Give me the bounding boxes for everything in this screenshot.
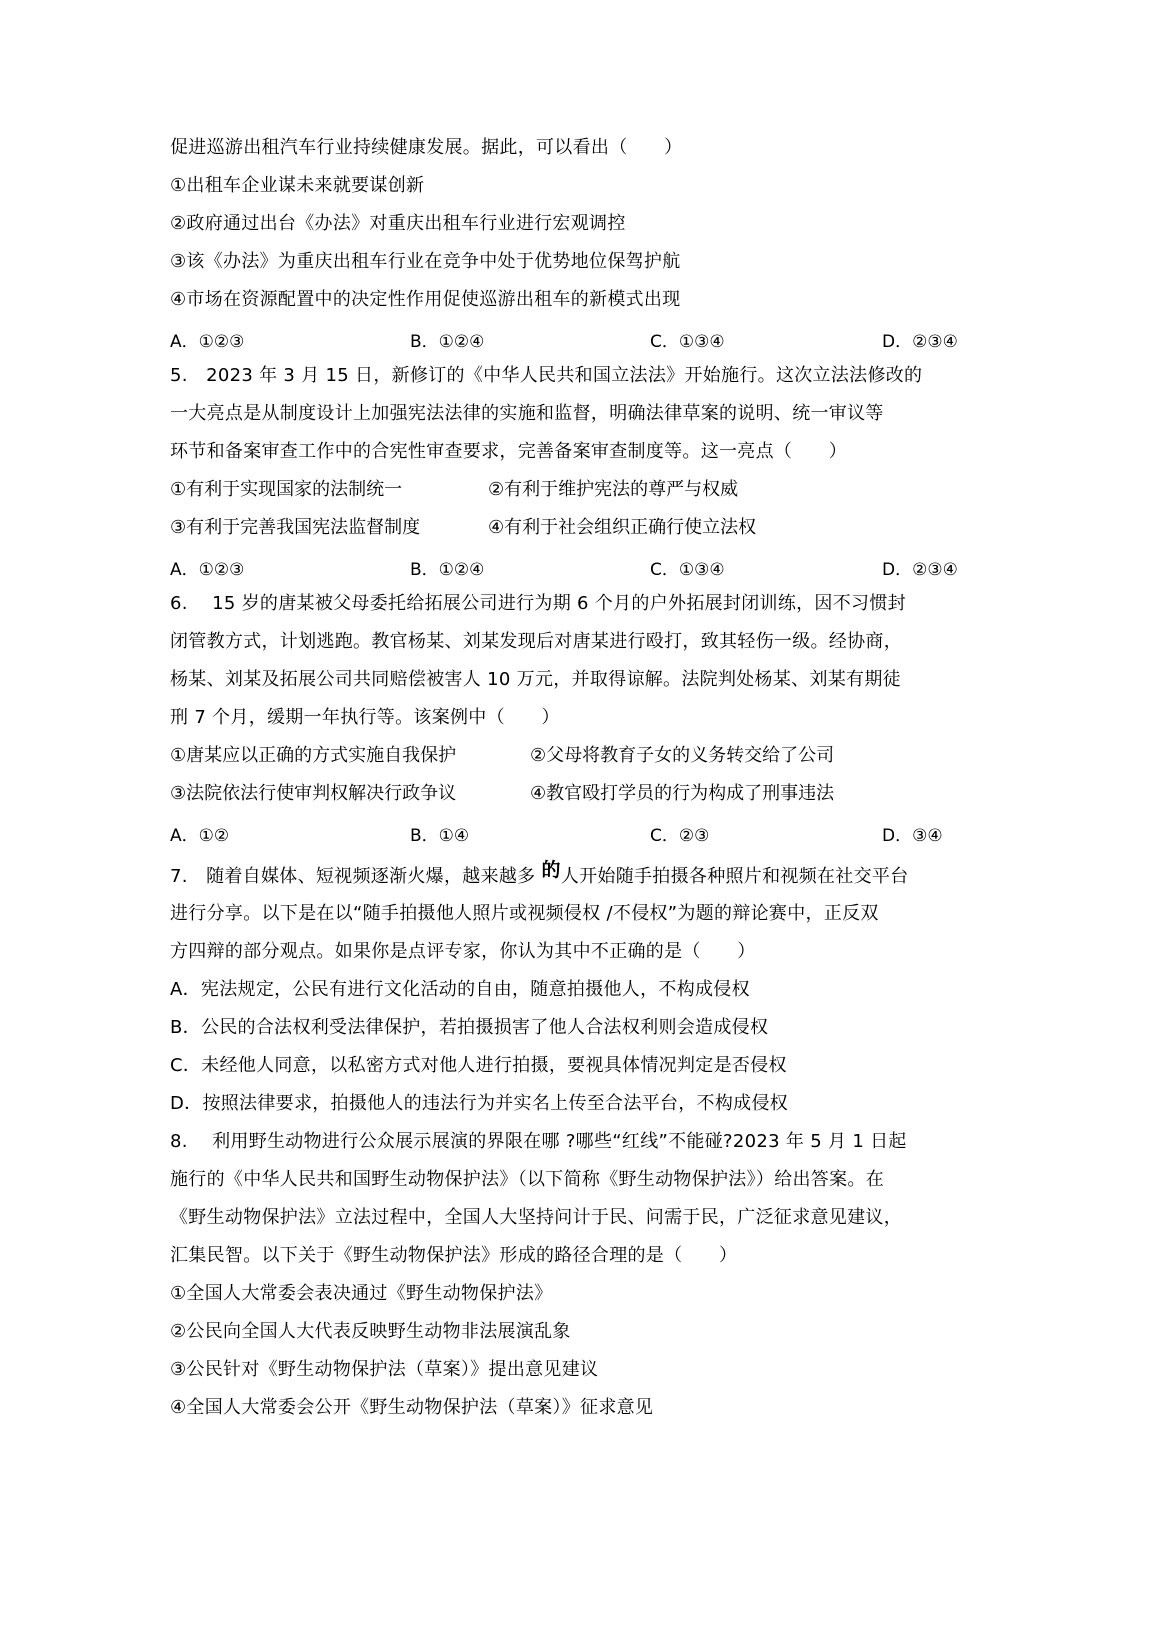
q8-stem-line-1: 8. 利用野生动物进行公众展示展演的界限在哪 ?哪些“红线”不能碰?2023 年… bbox=[170, 1130, 907, 1154]
q7-stem-large-char: 的 bbox=[542, 859, 561, 881]
q4-option-a[interactable]: A．①②③ bbox=[170, 330, 244, 354]
q5-option-a[interactable]: A．①②③ bbox=[170, 558, 244, 582]
q8-statement-2: ②公民向全国人大代表反映野生动物非法展演乱象 bbox=[170, 1320, 571, 1344]
q6-stem-line-3: 杨某、刘某及拓展公司共同赔偿被害人 10 万元，并取得谅解。法院判处杨某、刘某有… bbox=[170, 668, 901, 692]
q6-option-a[interactable]: A．①② bbox=[170, 824, 229, 848]
q4-option-c[interactable]: C．①③④ bbox=[650, 330, 725, 354]
q6-statement-4: ④教官殴打学员的行为构成了刑事违法 bbox=[530, 782, 834, 806]
q5-statement-3: ③有利于完善我国宪法监督制度 bbox=[170, 517, 420, 538]
q5-statement-4: ④有利于社会组织正确行使立法权 bbox=[488, 516, 756, 540]
q5-statements-row-2: ③有利于完善我国宪法监督制度 ④有利于社会组织正确行使立法权 bbox=[170, 516, 420, 540]
q6-stem-line-4: 刑 7 个月，缓期一年执行等。该案例中（ ） bbox=[170, 706, 560, 730]
q6-statement-2: ②父母将教育子女的义务转交给了公司 bbox=[530, 744, 834, 768]
q6-statements-row-2: ③法院依法行使审判权解决行政争议 ④教官殴打学员的行为构成了刑事违法 bbox=[170, 782, 456, 806]
q5-stem-line-1: 5. 2023 年 3 月 15 日，新修订的《中华人民共和国立法法》开始施行。… bbox=[170, 364, 922, 388]
q6-stem-line-1: 6. 15 岁的唐某被父母委托给拓展公司进行为期 6 个月的户外拓展封闭训练，因… bbox=[170, 592, 906, 616]
q7-option-c[interactable]: C．未经他人同意，以私密方式对他人进行拍摄，要视具体情况判定是否侵权 bbox=[170, 1054, 787, 1078]
q7-stem-line-2: 进行分享。以下是在以“随手拍摄他人照片或视频侵权 /不侵权”为题的辩论赛中，正反… bbox=[170, 902, 879, 926]
q5-options: A．①②③ B．①②④ C．①③④ D．②③④ bbox=[170, 558, 990, 582]
q6-option-b[interactable]: B．①④ bbox=[410, 824, 469, 848]
q7-stem-line-1-post: 人开始随手拍摄各种照片和视频在社交平台 bbox=[561, 866, 909, 887]
q8-statement-1: ①全国人大常委会表决通过《野生动物保护法》 bbox=[170, 1282, 552, 1306]
q4-stem: 促进巡游出租汽车行业持续健康发展。据此，可以看出（ ） bbox=[170, 136, 682, 160]
q8-stem-line-3: 《野生动物保护法》立法过程中，全国人大坚持问计于民、问需于民，广泛征求意见建议， bbox=[170, 1206, 902, 1230]
q4-statement-2: ②政府通过出台《办法》对重庆出租车行业进行宏观调控 bbox=[170, 212, 626, 236]
q4-statement-3: ③该《办法》为重庆出租车行业在竞争中处于优势地位保驾护航 bbox=[170, 250, 681, 274]
q7-option-b[interactable]: B．公民的合法权利受法律保护，若拍摄损害了他人合法权利则会造成侵权 bbox=[170, 1016, 768, 1040]
q8-stem-line-2: 施行的《中华人民共和国野生动物保护法》（以下简称《野生动物保护法》）给出答案。在 bbox=[170, 1168, 884, 1192]
q5-option-d[interactable]: D．②③④ bbox=[882, 558, 958, 582]
q5-option-c[interactable]: C．①③④ bbox=[650, 558, 725, 582]
q7-stem-line-1-pre: 7. 随着自媒体、短视频逐渐火爆，越来越多 bbox=[170, 866, 542, 887]
q5-statement-1: ①有利于实现国家的法制统一 bbox=[170, 479, 402, 500]
q5-stem-line-2: 一大亮点是从制度设计上加强宪法法律的实施和监督，明确法律草案的说明、统一审议等 bbox=[170, 402, 884, 426]
q8-statement-4: ④全国人大常委会公开《野生动物保护法（草案）》征求意见 bbox=[170, 1396, 653, 1420]
q6-statements-row-1: ①唐某应以正确的方式实施自我保护 ②父母将教育子女的义务转交给了公司 bbox=[170, 744, 456, 768]
q7-stem-line-1: 7. 随着自媒体、短视频逐渐火爆，越来越多 的人开始随手拍摄各种照片和视频在社交… bbox=[170, 864, 909, 889]
q8-statement-3: ③公民针对《野生动物保护法（草案）》提出意见建议 bbox=[170, 1358, 598, 1382]
q5-stem-line-3: 环节和备案审查工作中的合宪性审查要求，完善备案审查制度等。这一亮点（ ） bbox=[170, 440, 847, 464]
q4-option-d[interactable]: D．②③④ bbox=[882, 330, 958, 354]
q6-stem-line-2: 闭管教方式，计划逃跑。教官杨某、刘某发现后对唐某进行殴打，致其轻伤一级。经协商， bbox=[170, 630, 902, 654]
q5-option-b[interactable]: B．①②④ bbox=[410, 558, 484, 582]
q4-options: A．①②③ B．①②④ C．①③④ D．②③④ bbox=[170, 330, 990, 354]
q7-stem-line-3: 方四辩的部分观点。如果你是点评专家，你认为其中不正确的是（ ） bbox=[170, 940, 756, 964]
q6-statement-1: ①唐某应以正确的方式实施自我保护 bbox=[170, 745, 456, 766]
q7-option-a[interactable]: A．宪法规定，公民有进行文化活动的自由，随意拍摄他人，不构成侵权 bbox=[170, 978, 750, 1002]
exam-page: 促进巡游出租汽车行业持续健康发展。据此，可以看出（ ） ①出租车企业谋未来就要谋… bbox=[0, 0, 1158, 1638]
q6-statement-3: ③法院依法行使审判权解决行政争议 bbox=[170, 783, 456, 804]
q8-stem-line-4: 汇集民智。以下关于《野生动物保护法》形成的路径合理的是（ ） bbox=[170, 1244, 737, 1268]
q5-statement-2: ②有利于维护宪法的尊严与权威 bbox=[488, 478, 738, 502]
q6-option-c[interactable]: C．②③ bbox=[650, 824, 709, 848]
q4-option-b[interactable]: B．①②④ bbox=[410, 330, 484, 354]
q4-statement-1: ①出租车企业谋未来就要谋创新 bbox=[170, 174, 424, 198]
q7-option-d[interactable]: D．按照法律要求，拍摄他人的违法行为并实名上传至合法平台，不构成侵权 bbox=[170, 1092, 788, 1116]
q5-statements-row-1: ①有利于实现国家的法制统一 ②有利于维护宪法的尊严与权威 bbox=[170, 478, 402, 502]
q6-options: A．①② B．①④ C．②③ D．③④ bbox=[170, 824, 990, 848]
q4-statement-4: ④市场在资源配置中的决定性作用促使巡游出租车的新模式出现 bbox=[170, 288, 681, 312]
q6-option-d[interactable]: D．③④ bbox=[882, 824, 943, 848]
